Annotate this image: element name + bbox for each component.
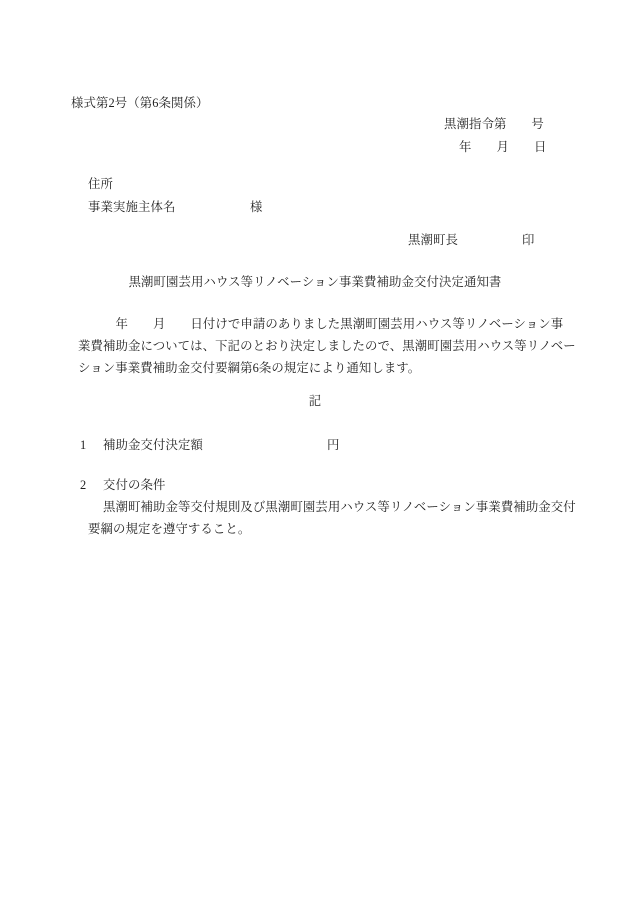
issuer-seal-mark: 印: [522, 233, 535, 248]
date-line: 年 月 日: [459, 140, 546, 155]
recipient-entity-label: 事業実施主体名: [88, 200, 175, 215]
item-2-detail-line-1: 黒潮町補助金等交付規則及び黒潮町園芸用ハウス等リノベーション事業費補助金交付: [103, 500, 576, 515]
form-number: 様式第2号（第6条関係）: [71, 96, 209, 111]
item-2-number: 2: [80, 478, 86, 493]
body-paragraph-line-1: 年 月 日付けで申請のありました黒潮町園芸用ハウス等リノベーション事: [78, 317, 563, 332]
item-2-detail-line-2: 要綱の規定を遵守すること。: [88, 522, 250, 537]
item-1-label: 補助金交付決定額: [103, 438, 203, 453]
item-1-number: 1: [80, 438, 86, 453]
item-2-label: 交付の条件: [103, 478, 165, 493]
record-marker: 記: [0, 394, 630, 409]
recipient-address-label: 住所: [88, 177, 113, 192]
body-paragraph-line-2: 業費補助金については、下記のとおり決定しましたので、黒潮町園芸用ハウス等リノベー: [78, 339, 576, 354]
recipient-honorific: 様: [250, 200, 263, 215]
document-title: 黒潮町園芸用ハウス等リノベーション事業費補助金交付決定通知書: [0, 275, 630, 290]
document-page: 様式第2号（第6条関係） 黒潮指令第 号 年 月 日 住所 事業実施主体名 様 …: [0, 0, 630, 903]
item-1-unit: 円: [327, 438, 340, 453]
issuer-name: 黒潮町長: [408, 233, 458, 248]
body-paragraph-line-3: ション事業費補助金交付要綱第6条の規定により通知します。: [78, 361, 420, 376]
document-number-line: 黒潮指令第 号: [444, 117, 544, 132]
